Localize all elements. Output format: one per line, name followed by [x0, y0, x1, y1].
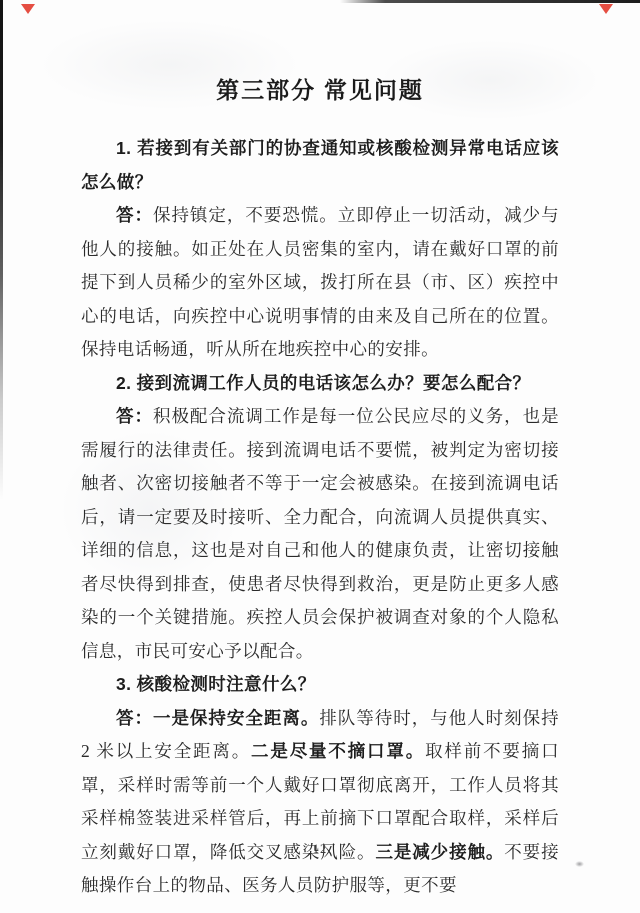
- answer-paragraph: 答：保持镇定，不要恐慌。立即停止一切活动，减少与他人的接触。如正处在人员密集的室…: [81, 199, 559, 367]
- document-page: 第三部分 常见问题 1. 若接到有关部门的协查通知或核酸检测异常电话应该怎么做？…: [0, 0, 640, 913]
- answer-paragraph: 答：积极配合流调工作是每一位公民应尽的义务，也是需履行的法律责任。接到流调电话不…: [81, 400, 559, 668]
- page-title: 第三部分 常见问题: [0, 76, 640, 106]
- text-segment: 积极配合流调工作是每一位公民应尽的义务，也是需履行的法律责任。接到流调电话不要慌…: [81, 406, 559, 661]
- bold-text-segment: 3. 核酸检测时注意什么？: [116, 674, 316, 694]
- answer-paragraph: 答：一是保持安全距离。排队等待时，与他人时刻保持 2 米以上安全距离。二是尽量不…: [81, 702, 559, 903]
- bold-text-segment: 一是保持安全距离。: [153, 708, 319, 728]
- question-paragraph: 2. 接到流调工作人员的电话该怎么办？要怎么配合？: [81, 367, 559, 401]
- bold-text-segment: 1. 若接到有关部门的协查通知或核酸检测异常电话应该怎么做？: [81, 138, 559, 192]
- bold-text-segment: 2. 接到流调工作人员的电话该怎么办？要怎么配合？: [116, 373, 530, 393]
- bold-text-segment: 答：: [116, 708, 153, 728]
- bold-text-segment: 答：: [116, 406, 153, 426]
- scan-edge-top-line: [340, 0, 640, 3]
- page-number: 12: [0, 842, 640, 857]
- document-body: 1. 若接到有关部门的协查通知或核酸检测异常电话应该怎么做？答：保持镇定，不要恐…: [81, 132, 559, 903]
- question-paragraph: 1. 若接到有关部门的协查通知或核酸检测异常电话应该怎么做？: [81, 132, 559, 199]
- text-segment: 保持镇定，不要恐慌。立即停止一切活动，减少与他人的接触。如正处在人员密集的室内，…: [81, 205, 559, 359]
- bold-text-segment: 二是尽量不摘口罩。: [251, 741, 425, 761]
- question-paragraph: 3. 核酸检测时注意什么？: [81, 668, 559, 702]
- bold-text-segment: 答：: [116, 205, 153, 225]
- red-corner-mark-right-icon: [599, 4, 613, 14]
- scan-edge-left-line: [0, 0, 3, 500]
- red-corner-mark-left-icon: [21, 4, 35, 14]
- scan-spot-bottom-right: [575, 861, 584, 867]
